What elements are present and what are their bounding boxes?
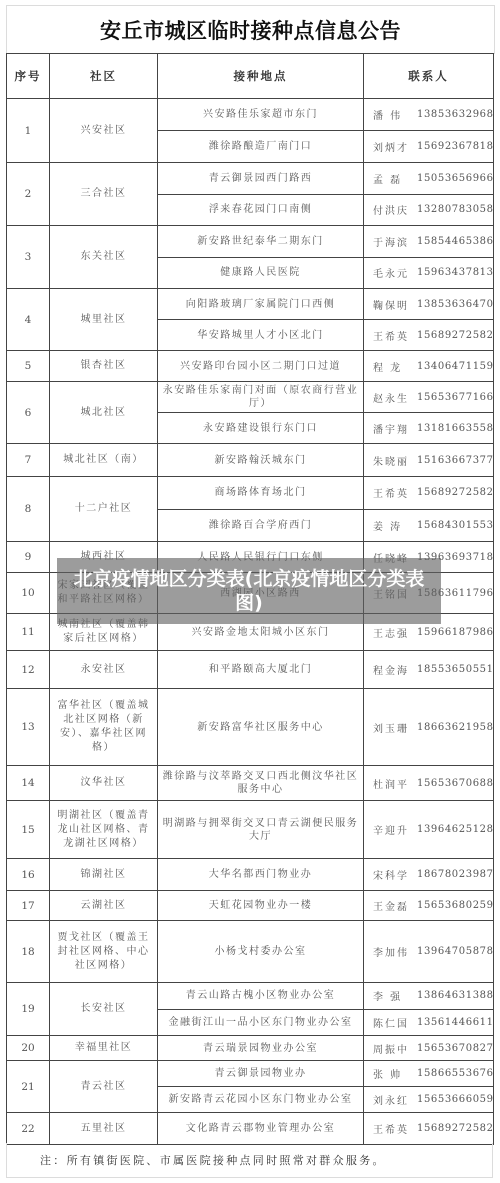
- row-number-cell: 7: [7, 444, 50, 476]
- table-row: 15明湖社区（覆盖青龙山社区网格、青龙湖社区网格）明湖路与拥翠街交叉口青云湖便民…: [7, 801, 493, 859]
- table-row: 21青云社区青云御景园物业办张 帅15866553676新安路青云花园小区东门物…: [7, 1061, 493, 1113]
- site-row: 潍徐路酿造厂南门口刘炳才15692367818: [158, 131, 494, 162]
- contact-name: 李加伟: [373, 944, 417, 959]
- contact-phone: 15653670827: [417, 1043, 494, 1054]
- contact-name: 宋科学: [373, 867, 417, 882]
- site-row: 天虹花园物业办一楼王金磊15653680259: [158, 891, 494, 920]
- sites-column: 明湖路与拥翠街交叉口青云湖便民服务大厅辛迎升13964625128: [158, 801, 494, 858]
- contact-cell: 王希英15689272582: [364, 1113, 494, 1144]
- contact-cell: 李加伟13964705878: [364, 921, 494, 982]
- contact-phone: 15163667377: [417, 455, 494, 466]
- row-number-cell: 14: [7, 766, 50, 800]
- sites-column: 潍徐路与汶萃路交叉口西北侧汶华社区服务中心杜润平15653670688: [158, 766, 494, 800]
- sites-column: 兴安路佳乐家超市东门潘 伟13853632968潍徐路酿造厂南门口刘炳才1569…: [158, 99, 494, 162]
- contact-phone: 13853636470: [417, 299, 494, 310]
- table-row: 6城北社区永安路佳乐家南门对面（原农商行营业厅）赵永生15653677166永安…: [7, 382, 493, 444]
- table-row: 12永安社区和平路颐高大厦北门程金海18553650551: [7, 651, 493, 689]
- contact-phone: 15963437813: [417, 267, 494, 278]
- location-cell: 永安路佳乐家南门对面（原农商行营业厅）: [158, 382, 364, 412]
- row-number-cell: 15: [7, 801, 50, 858]
- table-row: 20幸福里社区青云瑞景园物业办公室周振中15653670827: [7, 1036, 493, 1061]
- contact-phone: 15689272582: [417, 1123, 494, 1134]
- site-row: 新安路翰沃城东门朱晓丽15163667377: [158, 444, 494, 476]
- sites-column: 兴安路印台园小区二期门口过道程 龙13406471159: [158, 351, 494, 381]
- table-row: 13富华社区（覆盖城北社区网格（新安）、嘉华社区网格）新安路富华社区服务中心刘玉…: [7, 689, 493, 766]
- location-cell: 华安路城里人才小区北门: [158, 320, 364, 350]
- location-cell: 文化路青云郡物业管理办公室: [158, 1113, 364, 1144]
- site-row: 华安路城里人才小区北门王希英15689272582: [158, 320, 494, 350]
- contact-cell: 于海滨15854465386: [364, 226, 494, 257]
- sites-column: 小杨戈村委办公室李加伟13964705878: [158, 921, 494, 982]
- contact-cell: 朱晓丽15163667377: [364, 444, 494, 476]
- header-contact: 联系人: [364, 54, 493, 98]
- footnote: 注：所有镇街医院、市属医院接种点同时照常对群众服务。: [40, 1152, 386, 1168]
- site-row: 新安路世纪泰华二期东门于海滨15854465386: [158, 226, 494, 258]
- watermark-overlay: 北京疫情地区分类表(北京疫情地区分类表图): [57, 558, 441, 624]
- watermark-text: 北京疫情地区分类表(北京疫情地区分类表图): [69, 567, 429, 615]
- sites-column: 新安路翰沃城东门朱晓丽15163667377: [158, 444, 494, 476]
- site-row: 兴安路佳乐家超市东门潘 伟13853632968: [158, 99, 494, 131]
- note-box: 注：所有镇街医院、市属医院接种点同时照常对群众服务。: [6, 1143, 493, 1178]
- sites-column: 向阳路玻璃厂家属院门口西侧鞠保明13853636470华安路城里人才小区北门王希…: [158, 289, 494, 350]
- location-cell: 和平路颐高大厦北门: [158, 651, 364, 688]
- community-cell: 云湖社区: [50, 891, 158, 920]
- site-row: 青云瑞景园物业办公室周振中15653670827: [158, 1036, 494, 1060]
- row-number-cell: 12: [7, 651, 50, 688]
- table-row: 1兴安社区兴安路佳乐家超市东门潘 伟13853632968潍徐路酿造厂南门口刘炳…: [7, 99, 493, 163]
- contact-name: 潘宇翔: [373, 421, 417, 436]
- contact-name: 陈仁国: [373, 1015, 417, 1030]
- contact-name: 王希英: [373, 328, 417, 343]
- contact-name: 李 强: [373, 988, 417, 1003]
- contact-phone: 13561446611: [417, 1017, 494, 1028]
- location-cell: 兴安路印台园小区二期门口过道: [158, 351, 364, 381]
- table-row: 18贾戈社区（覆盖王封社区网格、中心社区网格）小杨戈村委办公室李加伟139647…: [7, 921, 493, 983]
- table-row: 14汶华社区潍徐路与汶萃路交叉口西北侧汶华社区服务中心杜润平1565367068…: [7, 766, 493, 801]
- contact-phone: 13964625128: [417, 824, 494, 835]
- site-row: 青云山路古槐小区物业办公室李 强13864631388: [158, 983, 494, 1010]
- row-number-cell: 6: [7, 382, 50, 443]
- table-row: 8十二户社区商场路体育场北门王希英15689272582潍徐路百合学府西门姜 涛…: [7, 477, 493, 542]
- contact-name: 潘 伟: [373, 107, 417, 122]
- row-number-cell: 18: [7, 921, 50, 982]
- sites-column: 永安路佳乐家南门对面（原农商行营业厅）赵永生15653677166永安路建设银行…: [158, 382, 494, 443]
- community-cell: 汶华社区: [50, 766, 158, 800]
- contact-phone: 15653670688: [417, 778, 494, 789]
- site-row: 永安路佳乐家南门对面（原农商行营业厅）赵永生15653677166: [158, 382, 494, 413]
- contact-name: 杜润平: [373, 776, 417, 791]
- site-row: 明湖路与拥翠街交叉口青云湖便民服务大厅辛迎升13964625128: [158, 801, 494, 858]
- contact-phone: 13181663558: [417, 423, 494, 434]
- contact-phone: 15866553676: [417, 1068, 494, 1079]
- sites-column: 商场路体育场北门王希英15689272582潍徐路百合学府西门姜 涛156843…: [158, 477, 494, 541]
- table-row: 2三合社区青云御景园西门路西孟 磊15053656966浮来春花园门口南侧付洪庆…: [7, 163, 493, 226]
- contact-name: 刘炳才: [373, 139, 417, 154]
- location-cell: 青云御景园物业办: [158, 1061, 364, 1086]
- contact-name: 毛永元: [373, 265, 417, 280]
- community-cell: 幸福里社区: [50, 1036, 158, 1060]
- row-number-cell: 1: [7, 99, 50, 162]
- sites-column: 青云御景园西门路西孟 磊15053656966浮来春花园门口南侧付洪庆13280…: [158, 163, 494, 225]
- location-cell: 新安路世纪泰华二期东门: [158, 226, 364, 257]
- header-location: 接种地点: [158, 54, 364, 98]
- contact-name: 王志强: [373, 625, 417, 640]
- sites-column: 和平路颐高大厦北门程金海18553650551: [158, 651, 494, 688]
- location-cell: 金融街江山一品小区东门物业办公室: [158, 1010, 364, 1036]
- contact-cell: 周振中15653670827: [364, 1036, 494, 1060]
- community-cell: 兴安社区: [50, 99, 158, 162]
- sites-column: 新安路世纪泰华二期东门于海滨15854465386健康路人民医院毛永元15963…: [158, 226, 494, 288]
- sites-column: 青云山路古槐小区物业办公室李 强13864631388金融街江山一品小区东门物业…: [158, 983, 494, 1035]
- contact-cell: 鞠保明13853636470: [364, 289, 494, 319]
- contact-phone: 18553650551: [417, 664, 494, 675]
- contact-cell: 李 强13864631388: [364, 983, 494, 1009]
- contact-name: 刘玉珊: [373, 720, 417, 735]
- contact-name: 付洪庆: [373, 202, 417, 217]
- contact-phone: 15053656966: [417, 173, 494, 184]
- contact-cell: 孟 磊15053656966: [364, 163, 494, 194]
- contact-phone: 18678023987: [417, 869, 494, 880]
- location-cell: 潍徐路酿造厂南门口: [158, 131, 364, 162]
- contact-cell: 王希英15689272582: [364, 320, 494, 350]
- site-row: 青云御景园物业办张 帅15866553676: [158, 1061, 494, 1087]
- contact-phone: 18663621958: [417, 722, 494, 733]
- contact-phone: 15854465386: [417, 236, 494, 247]
- community-cell: 城北社区: [50, 382, 158, 443]
- contact-phone: 13406471159: [417, 361, 494, 372]
- header-community: 社区: [50, 54, 158, 98]
- sites-column: 大华名都西门物业办宋科学18678023987: [158, 859, 494, 890]
- site-row: 浮来春花园门口南侧付洪庆13280783058: [158, 195, 494, 226]
- row-number-cell: 11: [7, 614, 50, 650]
- location-cell: 浮来春花园门口南侧: [158, 195, 364, 226]
- site-row: 小杨戈村委办公室李加伟13964705878: [158, 921, 494, 982]
- contact-cell: 付洪庆13280783058: [364, 195, 494, 226]
- contact-cell: 毛永元15963437813: [364, 258, 494, 289]
- community-cell: 五里社区: [50, 1113, 158, 1144]
- community-cell: 银杏社区: [50, 351, 158, 381]
- table-row: 16锦湖社区大华名都西门物业办宋科学18678023987: [7, 859, 493, 891]
- contact-phone: 13280783058: [417, 204, 494, 215]
- table-row: 3东关社区新安路世纪泰华二期东门于海滨15854465386健康路人民医院毛永元…: [7, 226, 493, 289]
- contact-name: 周振中: [373, 1041, 417, 1056]
- row-number-cell: 2: [7, 163, 50, 225]
- contact-cell: 程金海18553650551: [364, 651, 494, 688]
- site-row: 文化路青云郡物业管理办公室王希英15689272582: [158, 1113, 494, 1144]
- contact-cell: 刘炳才15692367818: [364, 131, 494, 162]
- community-cell: 十二户社区: [50, 477, 158, 541]
- row-number-cell: 10: [7, 573, 50, 613]
- location-cell: 小杨戈村委办公室: [158, 921, 364, 982]
- contact-phone: 15966187986: [417, 627, 494, 638]
- location-cell: 向阳路玻璃厂家属院门口西侧: [158, 289, 364, 319]
- sites-column: 青云御景园物业办张 帅15866553676新安路青云花园小区东门物业办公室刘永…: [158, 1061, 494, 1112]
- contact-cell: 陈仁国13561446611: [364, 1010, 494, 1036]
- sites-column: 青云瑞景园物业办公室周振中15653670827: [158, 1036, 494, 1060]
- site-row: 向阳路玻璃厂家属院门口西侧鞠保明13853636470: [158, 289, 494, 320]
- row-number-cell: 4: [7, 289, 50, 350]
- contact-phone: 15653677166: [417, 392, 494, 403]
- community-cell: 贾戈社区（覆盖王封社区网格、中心社区网格）: [50, 921, 158, 982]
- contact-name: 王金磊: [373, 898, 417, 913]
- contact-phone: 15653666059: [417, 1094, 494, 1105]
- site-row: 潍徐路百合学府西门姜 涛15684301553: [158, 510, 494, 542]
- site-row: 青云御景园西门路西孟 磊15053656966: [158, 163, 494, 195]
- table-row: 4城里社区向阳路玻璃厂家属院门口西侧鞠保明13853636470华安路城里人才小…: [7, 289, 493, 351]
- location-cell: 新安路富华社区服务中心: [158, 689, 364, 765]
- site-row: 新安路青云花园小区东门物业办公室刘永红15653666059: [158, 1087, 494, 1112]
- contact-cell: 宋科学18678023987: [364, 859, 494, 890]
- location-cell: 大华名都西门物业办: [158, 859, 364, 890]
- site-row: 商场路体育场北门王希英15689272582: [158, 477, 494, 510]
- site-row: 和平路颐高大厦北门程金海18553650551: [158, 651, 494, 688]
- table-row: 22五里社区文化路青云郡物业管理办公室王希英15689272582: [7, 1113, 493, 1144]
- contact-phone: 13964705878: [417, 946, 494, 957]
- contact-cell: 辛迎升13964625128: [364, 801, 494, 858]
- row-number-cell: 22: [7, 1113, 50, 1144]
- contact-name: 张 帅: [373, 1066, 417, 1081]
- contact-cell: 张 帅15866553676: [364, 1061, 494, 1086]
- page-title: 安丘市城区临时接种点信息公告: [100, 15, 401, 45]
- community-cell: 三合社区: [50, 163, 158, 225]
- header-number: 序号: [7, 54, 50, 98]
- site-row: 金融街江山一品小区东门物业办公室陈仁国13561446611: [158, 1010, 494, 1036]
- row-number-cell: 20: [7, 1036, 50, 1060]
- location-cell: 潍徐路百合学府西门: [158, 510, 364, 542]
- contact-cell: 王希英15689272582: [364, 477, 494, 509]
- location-cell: 青云山路古槐小区物业办公室: [158, 983, 364, 1009]
- sites-column: 文化路青云郡物业管理办公室王希英15689272582: [158, 1113, 494, 1144]
- location-cell: 商场路体育场北门: [158, 477, 364, 509]
- row-number-cell: 5: [7, 351, 50, 381]
- table-header-row: 序号 社区 接种地点 联系人: [7, 54, 493, 99]
- row-number-cell: 19: [7, 983, 50, 1035]
- community-cell: 永安社区: [50, 651, 158, 688]
- location-cell: 潍徐路与汶萃路交叉口西北侧汶华社区服务中心: [158, 766, 364, 800]
- contact-cell: 赵永生15653677166: [364, 382, 494, 412]
- site-row: 兴安路印台园小区二期门口过道程 龙13406471159: [158, 351, 494, 381]
- contact-phone: 13853632968: [417, 109, 494, 120]
- contact-name: 姜 涛: [373, 518, 417, 533]
- location-cell: 天虹花园物业办一楼: [158, 891, 364, 920]
- community-cell: 东关社区: [50, 226, 158, 288]
- table-row: 5银杏社区兴安路印台园小区二期门口过道程 龙13406471159: [7, 351, 493, 382]
- location-cell: 青云御景园西门路西: [158, 163, 364, 194]
- contact-cell: 潘宇翔13181663558: [364, 413, 494, 443]
- location-cell: 明湖路与拥翠街交叉口青云湖便民服务大厅: [158, 801, 364, 858]
- table-row: 7城北社区（南）新安路翰沃城东门朱晓丽15163667377: [7, 444, 493, 477]
- row-number-cell: 3: [7, 226, 50, 288]
- location-cell: 兴安路佳乐家超市东门: [158, 99, 364, 130]
- row-number-cell: 8: [7, 477, 50, 541]
- row-number-cell: 13: [7, 689, 50, 765]
- site-row: 潍徐路与汶萃路交叉口西北侧汶华社区服务中心杜润平15653670688: [158, 766, 494, 800]
- contact-name: 于海滨: [373, 234, 417, 249]
- community-cell: 青云社区: [50, 1061, 158, 1112]
- location-cell: 永安路建设银行东门口: [158, 413, 364, 443]
- location-cell: 新安路青云花园小区东门物业办公室: [158, 1087, 364, 1112]
- location-cell: 青云瑞景园物业办公室: [158, 1036, 364, 1060]
- community-cell: 长安社区: [50, 983, 158, 1035]
- contact-cell: 刘玉珊18663621958: [364, 689, 494, 765]
- contact-cell: 杜润平15653670688: [364, 766, 494, 800]
- contact-phone: 15689272582: [417, 330, 494, 341]
- community-cell: 城北社区（南）: [50, 444, 158, 476]
- contact-phone: 15684301553: [417, 520, 494, 531]
- row-number-cell: 17: [7, 891, 50, 920]
- row-number-cell: 16: [7, 859, 50, 890]
- contact-cell: 程 龙13406471159: [364, 351, 494, 381]
- community-cell: 锦湖社区: [50, 859, 158, 890]
- contact-name: 朱晓丽: [373, 453, 417, 468]
- row-number-cell: 9: [7, 542, 50, 572]
- contact-name: 赵永生: [373, 390, 417, 405]
- table-row: 19长安社区青云山路古槐小区物业办公室李 强13864631388金融街江山一品…: [7, 983, 493, 1036]
- site-row: 大华名都西门物业办宋科学18678023987: [158, 859, 494, 890]
- contact-name: 王希英: [373, 485, 417, 500]
- table-row: 17云湖社区天虹花园物业办一楼王金磊15653680259: [7, 891, 493, 921]
- contact-phone: 13864631388: [417, 990, 494, 1001]
- contact-phone: 15689272582: [417, 487, 494, 498]
- contact-phone: 15653680259: [417, 900, 494, 911]
- title-box: 安丘市城区临时接种点信息公告: [6, 5, 495, 54]
- site-row: 健康路人民医院毛永元15963437813: [158, 258, 494, 289]
- sites-column: 新安路富华社区服务中心刘玉珊18663621958: [158, 689, 494, 765]
- contact-name: 王希英: [373, 1121, 417, 1136]
- contact-cell: 刘永红15653666059: [364, 1087, 494, 1112]
- sites-column: 天虹花园物业办一楼王金磊15653680259: [158, 891, 494, 920]
- site-row: 永安路建设银行东门口潘宇翔13181663558: [158, 413, 494, 443]
- contact-phone: 15692367818: [417, 141, 494, 152]
- row-number-cell: 21: [7, 1061, 50, 1112]
- contact-name: 程 龙: [373, 359, 417, 374]
- contact-name: 辛迎升: [373, 822, 417, 837]
- community-cell: 富华社区（覆盖城北社区网格（新安）、嘉华社区网格）: [50, 689, 158, 765]
- location-cell: 健康路人民医院: [158, 258, 364, 289]
- contact-name: 孟 磊: [373, 171, 417, 186]
- location-cell: 新安路翰沃城东门: [158, 444, 364, 476]
- contact-cell: 姜 涛15684301553: [364, 510, 494, 542]
- contact-cell: 潘 伟13853632968: [364, 99, 494, 130]
- community-cell: 明湖社区（覆盖青龙山社区网格、青龙湖社区网格）: [50, 801, 158, 858]
- site-row: 新安路富华社区服务中心刘玉珊18663621958: [158, 689, 494, 765]
- contact-name: 鞠保明: [373, 297, 417, 312]
- contact-cell: 王金磊15653680259: [364, 891, 494, 920]
- community-cell: 城里社区: [50, 289, 158, 350]
- contact-name: 程金海: [373, 662, 417, 677]
- contact-name: 刘永红: [373, 1092, 417, 1107]
